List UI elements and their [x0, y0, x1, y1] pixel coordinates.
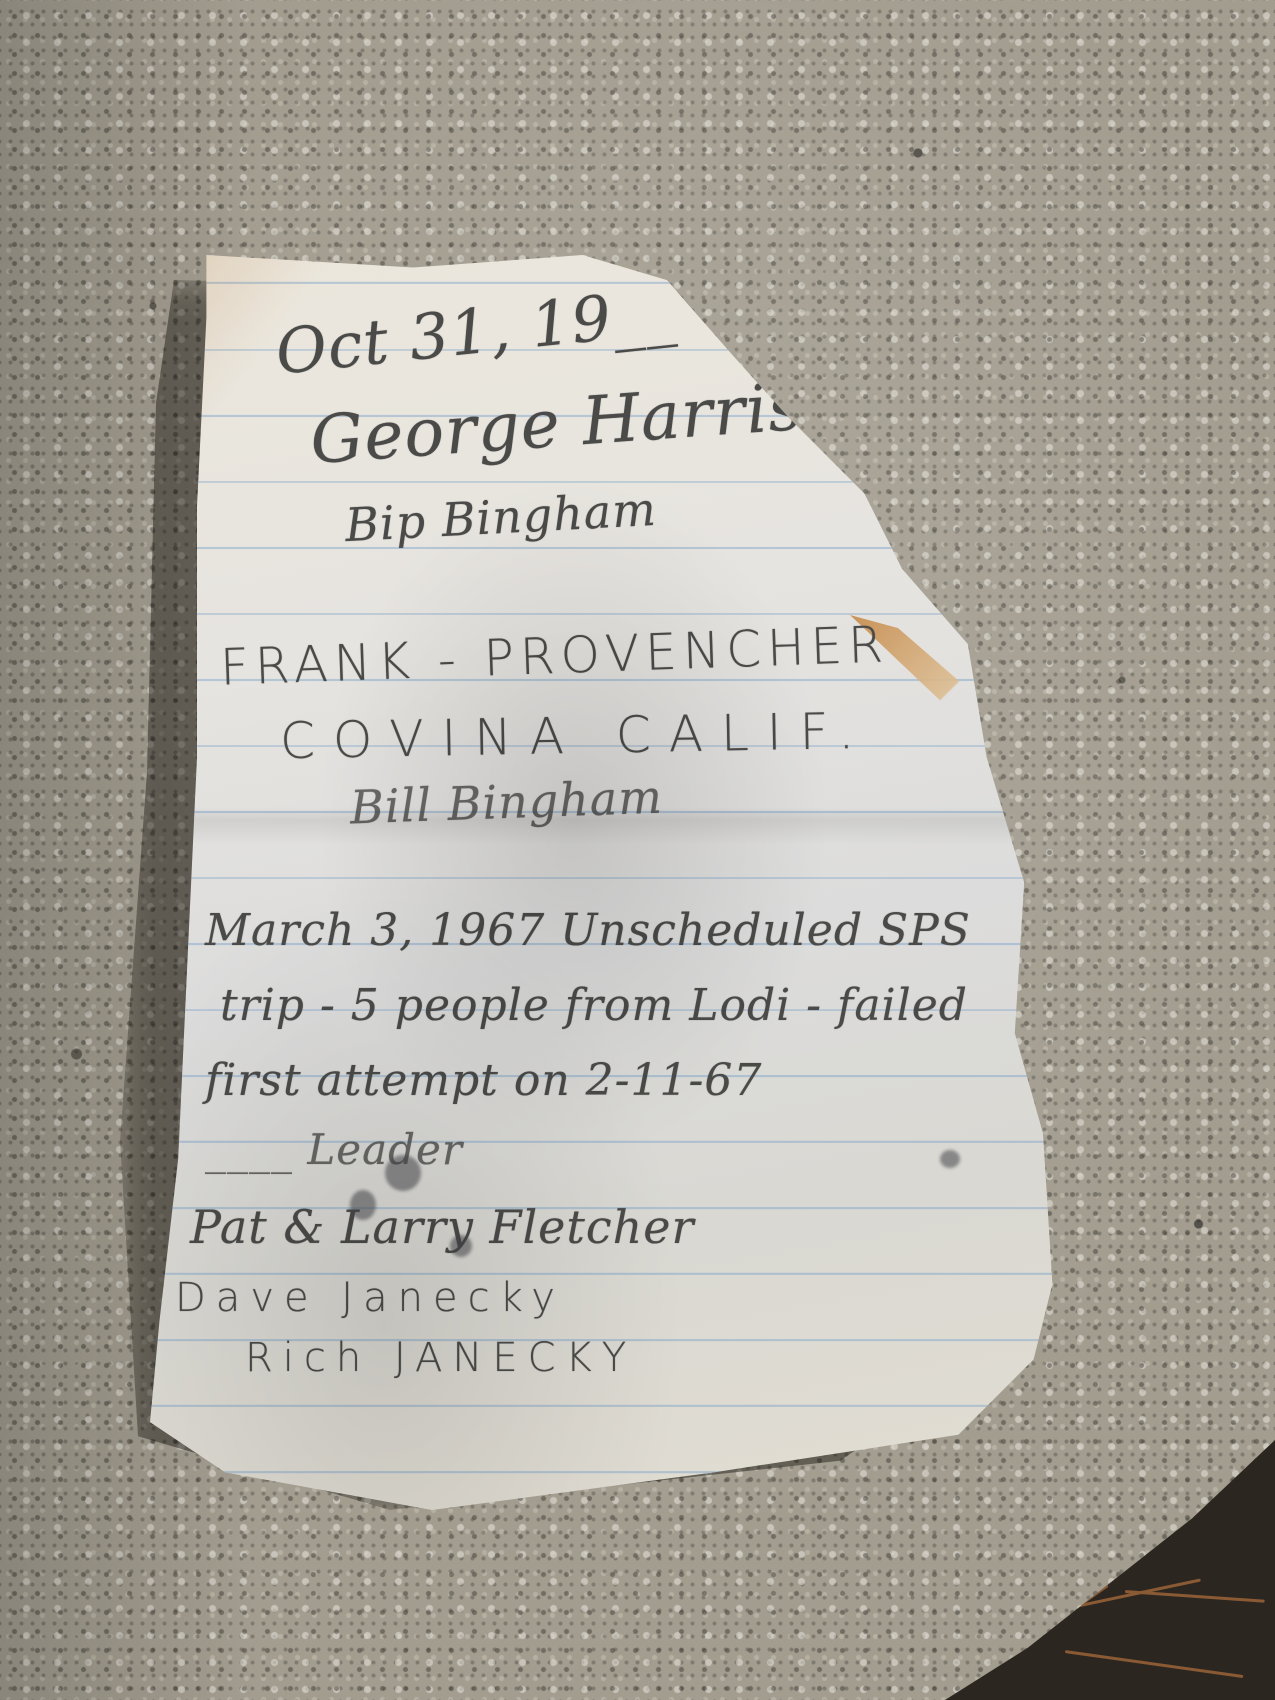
note-name-bip: Bip Bingham: [344, 482, 658, 552]
pine-needle: [1125, 1590, 1265, 1603]
note-line-leader: ____ Leader: [205, 1125, 463, 1174]
note-name-frank: FRANK - PROVENCHER: [219, 615, 890, 696]
pencil-smudge: [940, 1150, 960, 1168]
note-date-1: Oct 31, 19__: [272, 274, 679, 389]
pencil-smudge: [385, 1155, 421, 1191]
pencil-smudge: [350, 1190, 376, 1220]
note-signature-bill: Bill Bingham: [349, 770, 664, 835]
note-line-fletcher: Pat & Larry Fletcher: [190, 1200, 694, 1254]
note-name-george: George Harris: [308, 368, 806, 479]
note-line-dave: Dave Janecky: [175, 1275, 565, 1321]
note-line-rich: Rich JANECKY: [245, 1335, 636, 1381]
note-line-trip: trip - 5 people from Lodi - failed: [220, 980, 968, 1031]
pine-needle: [1065, 1650, 1244, 1678]
note-place-covina: COVINA CALIF.: [280, 702, 873, 770]
pencil-smudge: [450, 1235, 472, 1257]
note-line-first-attempt: first attempt on 2-11-67: [205, 1055, 762, 1106]
note-line-march: March 3, 1967 Unscheduled SPS: [205, 905, 971, 956]
